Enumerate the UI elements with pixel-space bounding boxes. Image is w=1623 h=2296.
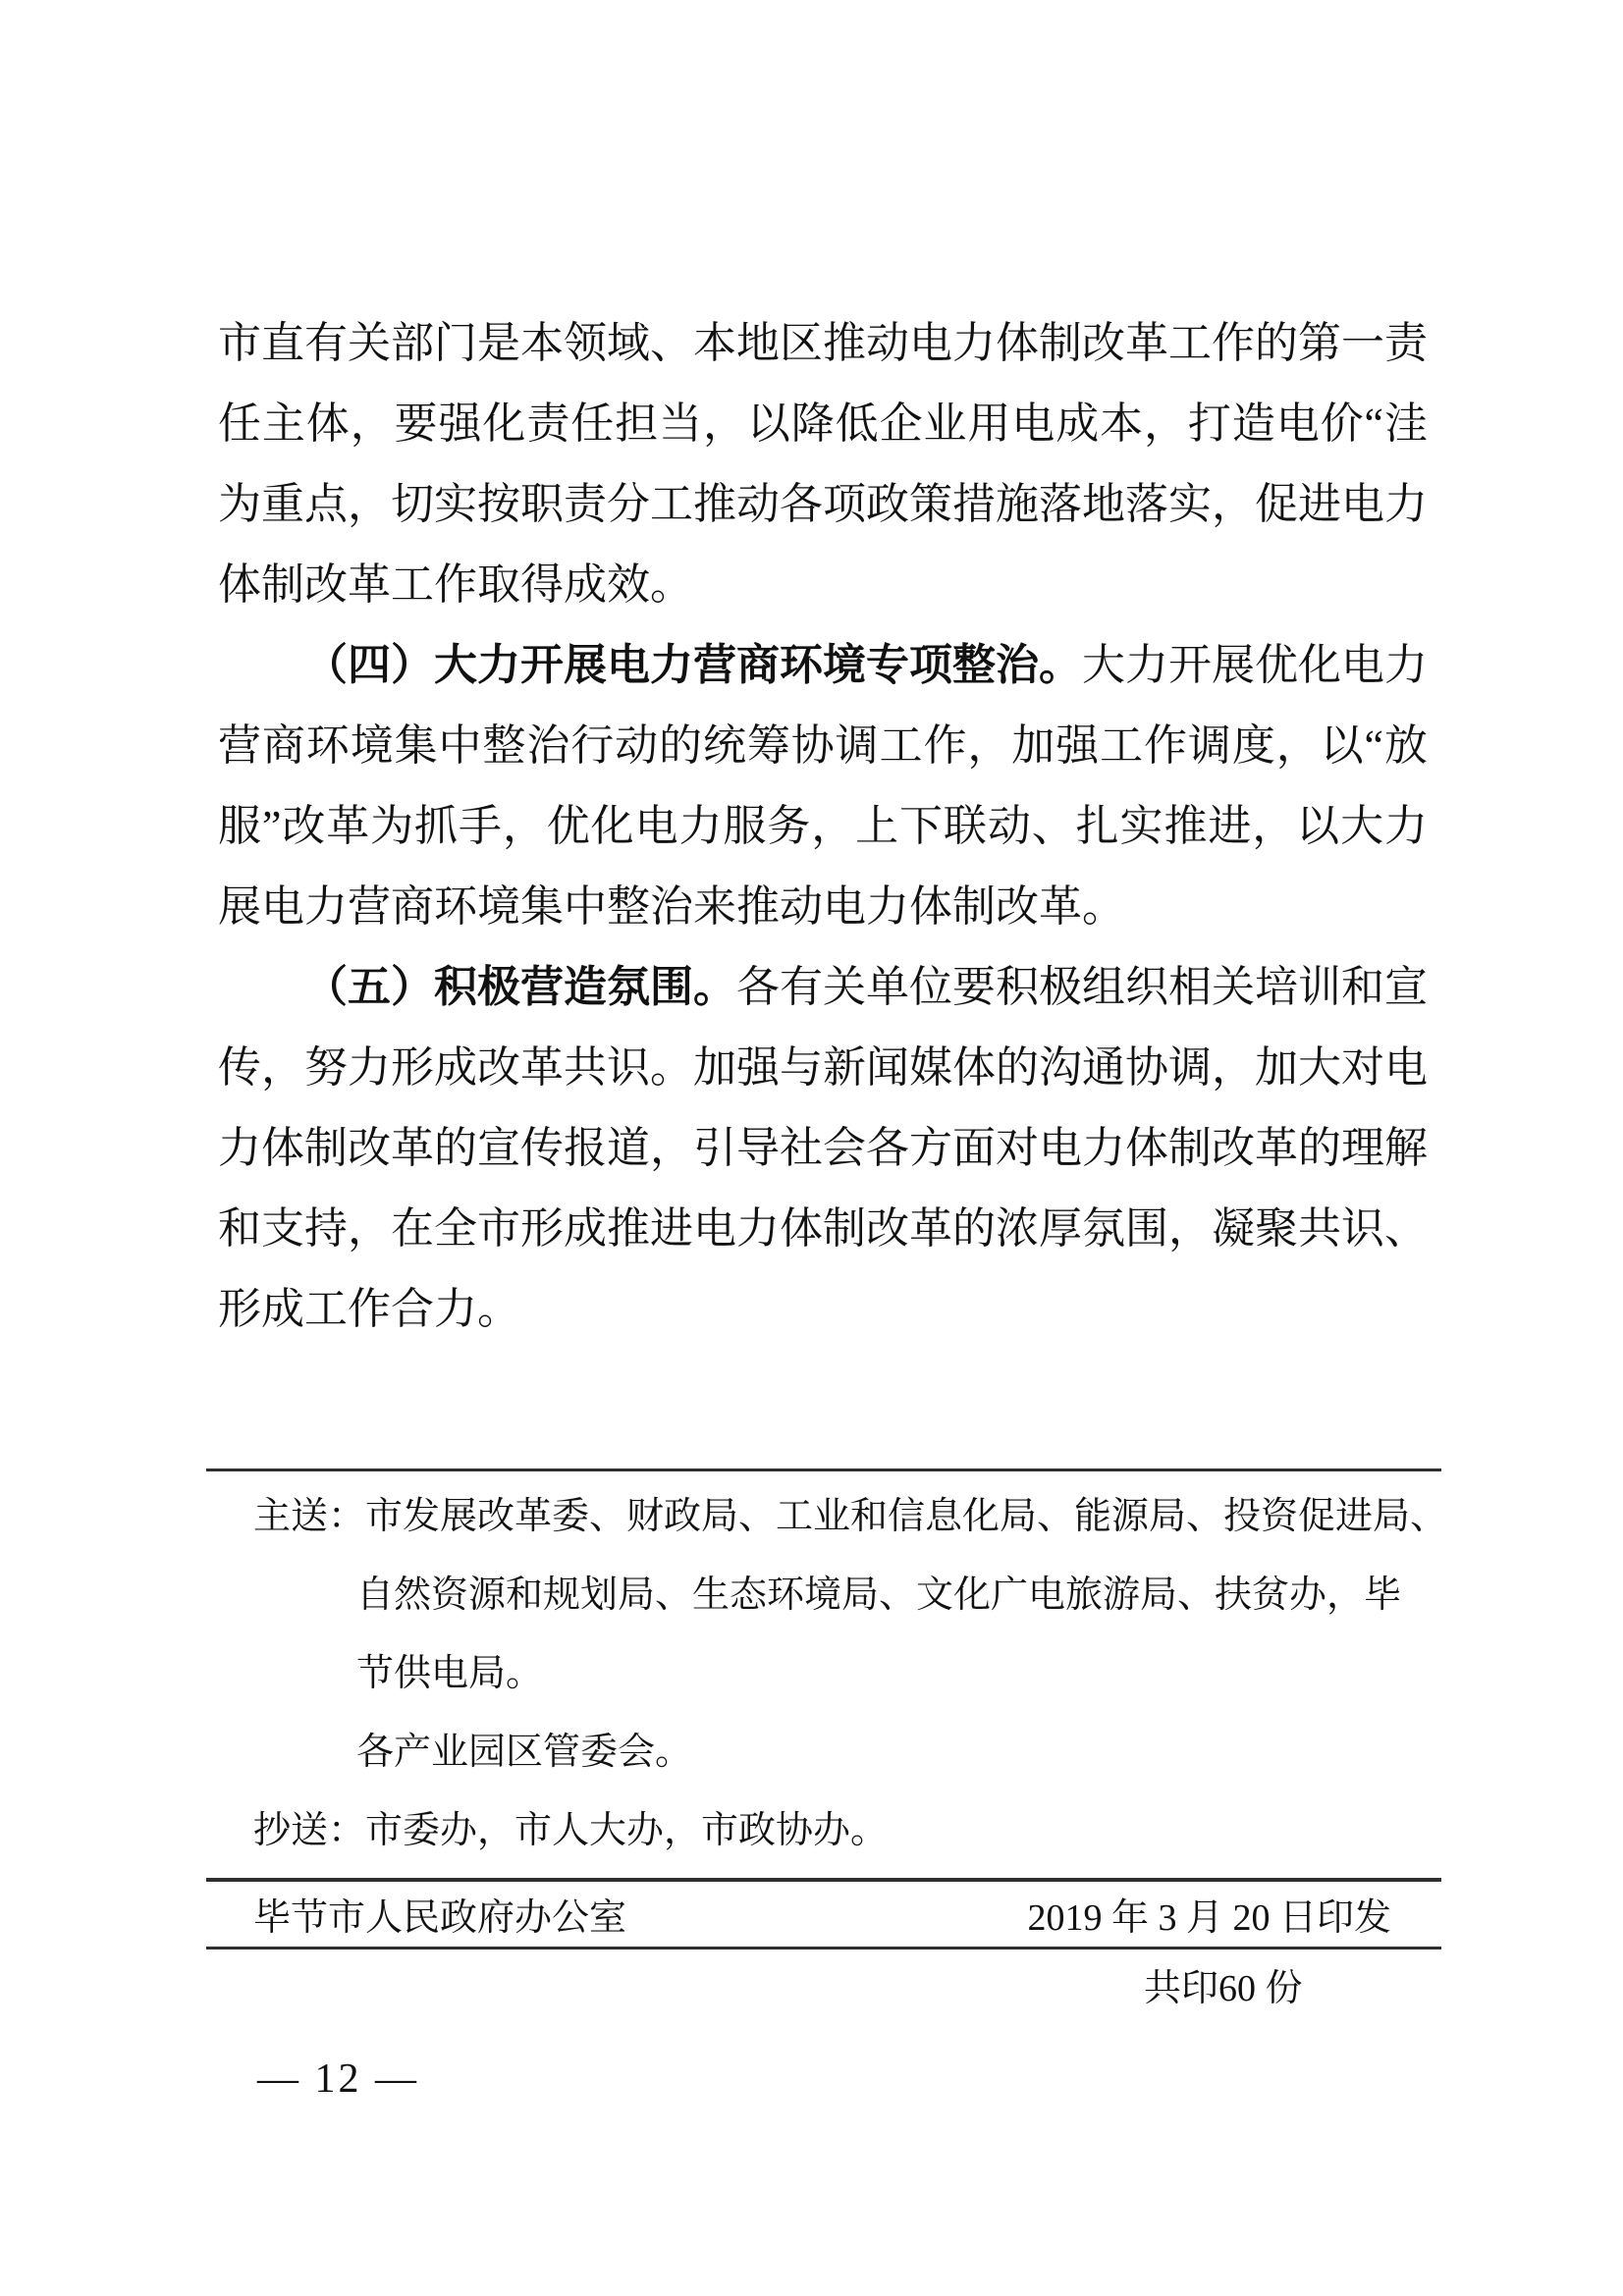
- body-line: 市直有关部门是本领域、本地区推动电力体制改革工作的第一责: [218, 303, 1428, 384]
- page-number: — 12 —: [257, 2056, 419, 2103]
- main-recipients-text: 市发展改革委、财政局、工业和信息化局、能源局、投资促进局、: [365, 1496, 1447, 1537]
- body-line: 服”改革为抓手，优化电力服务，上下联动、扎实推进，以大力开: [218, 786, 1428, 867]
- main-recipients-label: 主送：: [253, 1496, 365, 1537]
- main-recipients-row: 自然资源和规划局、生态环境局、文化广电旅游局、扶贫办，毕: [253, 1556, 1436, 1634]
- body-line: 力体制改革的宣传报道，引导社会各方面对电力体制改革的理解: [218, 1108, 1428, 1189]
- print-count: 共印60 份: [1144, 1965, 1303, 2012]
- body-line-text: 展电力营商环境集中整治来推动电力体制改革。: [218, 882, 1125, 931]
- document-page: 市直有关部门是本领域、本地区推动电力体制改革工作的第一责 任主体，要强化责任担当…: [0, 0, 1623, 2296]
- separator-rule-bottom: [206, 1947, 1441, 1949]
- body-line-text: 体制改革工作取得成效。: [218, 561, 693, 609]
- body-line-section-5-heading: （五）积极营造氛围。各有关单位要积极组织相关培训和宣: [218, 947, 1428, 1028]
- body-line-text: 为重点，切实按职责分工推动各项政策措施落地落实，促进电力: [218, 480, 1428, 528]
- body-line: 形成工作合力。: [218, 1269, 1428, 1350]
- body-line-text: 任主体，要强化责任担当，以降低企业用电成本，打造电价“洼地”: [218, 400, 1428, 464]
- body-line-text: 市直有关部门是本领域、本地区推动电力体制改革工作的第一责: [218, 319, 1428, 367]
- body-line: 为重点，切实按职责分工推动各项政策措施落地落实，促进电力: [218, 464, 1428, 545]
- main-recipients-text: 各产业园区管委会。: [356, 1732, 692, 1773]
- body-line-bold: （五）积极营造氛围。: [304, 963, 736, 1011]
- main-recipients-text: 自然资源和规划局、生态环境局、文化广电旅游局、扶贫办，毕: [356, 1575, 1401, 1616]
- body-line-text: 大力开展优化电力: [1082, 641, 1428, 689]
- main-recipients-text: 节供电局。: [356, 1653, 543, 1694]
- body-line: 营商环境集中整治行动的统筹协调工作，加强工作调度，以“放管: [218, 706, 1428, 786]
- cc-recipients-row: 抄送：市委办，市人大办，市政协办。: [253, 1791, 1436, 1870]
- body-line-text: 和支持，在全市形成推进电力体制改革的浓厚氛围，凝聚共识、: [218, 1204, 1428, 1253]
- main-recipients-row: 各产业园区管委会。: [253, 1713, 1436, 1791]
- body-line-text: 传，努力形成改革共识。加强与新闻媒体的沟通协调，加大对电: [218, 1043, 1428, 1092]
- cc-recipients-label: 抄送：: [253, 1810, 365, 1851]
- body-line-text: 营商环境集中整治行动的统筹协调工作，加强工作调度，以“放管: [218, 721, 1428, 786]
- issuing-office: 毕节市人民政府办公室: [253, 1887, 626, 1941]
- cc-recipients-text: 市委办，市人大办，市政协办。: [365, 1810, 888, 1851]
- recipients-block: 主送：市发展改革委、财政局、工业和信息化局、能源局、投资促进局、 自然资源和规划…: [253, 1477, 1436, 1870]
- issuer-row: 毕节市人民政府办公室 2019 年 3 月 20 日印发: [253, 1882, 1391, 1945]
- body-line-text: 形成工作合力。: [218, 1285, 520, 1333]
- body-line-text: 服”改革为抓手，优化电力服务，上下联动、扎实推进，以大力开: [218, 802, 1428, 867]
- print-date: 2019 年 3 月 20 日印发: [1027, 1887, 1391, 1941]
- main-recipients-row: 主送：市发展改革委、财政局、工业和信息化局、能源局、投资促进局、: [253, 1477, 1436, 1556]
- body-line-text: 各有关单位要积极组织相关培训和宣: [736, 963, 1428, 1011]
- main-recipients-row: 节供电局。: [253, 1634, 1436, 1713]
- body-line: 体制改革工作取得成效。: [218, 545, 1428, 625]
- body-text: 市直有关部门是本领域、本地区推动电力体制改革工作的第一责 任主体，要强化责任担当…: [218, 303, 1428, 1350]
- body-line: 传，努力形成改革共识。加强与新闻媒体的沟通协调，加大对电: [218, 1028, 1428, 1108]
- body-line-text: 力体制改革的宣传报道，引导社会各方面对电力体制改革的理解: [218, 1124, 1428, 1172]
- body-line-bold: （四）大力开展电力营商环境专项整治。: [304, 641, 1082, 689]
- body-line: 任主体，要强化责任担当，以降低企业用电成本，打造电价“洼地”: [218, 384, 1428, 464]
- separator-rule-top: [206, 1468, 1441, 1471]
- body-line: 展电力营商环境集中整治来推动电力体制改革。: [218, 867, 1428, 947]
- body-line-section-4-heading: （四）大力开展电力营商环境专项整治。大力开展优化电力: [218, 625, 1428, 706]
- body-line: 和支持，在全市形成推进电力体制改革的浓厚氛围，凝聚共识、: [218, 1189, 1428, 1269]
